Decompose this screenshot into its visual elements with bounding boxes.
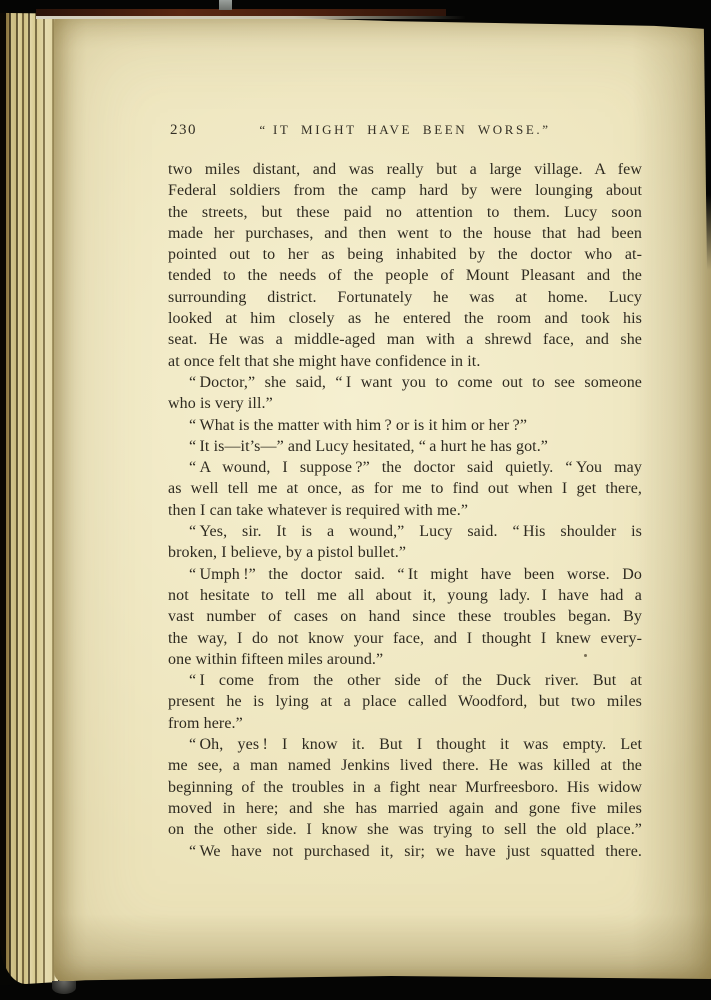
paragraph: two miles distant, and was really but a …	[168, 159, 642, 372]
text-line: “ A wound, I suppose ?” the doctor said …	[168, 457, 642, 478]
book-scan: 230 “ IT MIGHT HAVE BEEN WORSE.” two mil…	[0, 0, 711, 1000]
text-line: vast number of cases on hand since these…	[168, 606, 642, 627]
page-top-edge-highlight	[36, 16, 466, 19]
page-bottom-shadow	[52, 981, 76, 994]
text-line: surrounding district. Fortunately he was…	[168, 287, 642, 308]
paragraph: “ Umph !” the doctor said. “ It might ha…	[168, 564, 642, 670]
page-header: 230 “ IT MIGHT HAVE BEEN WORSE.”	[168, 122, 642, 142]
text-line: Federal soldiers from the camp hard by w…	[168, 180, 642, 201]
text-line: from here.”	[168, 713, 642, 734]
text-line: “ Yes, sir. It is a wound,” Lucy said. “…	[168, 521, 642, 542]
text-line: tended to the needs of the people of Mou…	[168, 265, 642, 286]
text-line: present he is lying at a place called Wo…	[168, 691, 642, 712]
paragraph: “ What is the matter with him ? or is it…	[168, 415, 642, 436]
text-line: the streets, but these paid no attention…	[168, 202, 642, 223]
page-edge-stack	[0, 6, 58, 984]
paragraph: “ It is—it’s—” and Lucy hesitated, “ a h…	[168, 436, 642, 457]
text-line: then I can take whatever is required wit…	[168, 500, 642, 521]
text-line: “ Oh, yes ! I know it. But I thought it …	[168, 734, 642, 755]
paragraph: “ A wound, I suppose ?” the doctor said …	[168, 457, 642, 521]
text-line: one within fifteen miles around.”	[168, 649, 642, 670]
paragraph: “ We have not purchased it, sir; we have…	[168, 841, 642, 862]
book-headband	[36, 9, 446, 16]
body-text: two miles distant, and was really but a …	[168, 159, 642, 862]
text-line: looked at him closely as he entered the …	[168, 308, 642, 329]
text-line: two miles distant, and was really but a …	[168, 159, 642, 180]
text-line: broken, I believe, by a pistol bullet.”	[168, 542, 642, 563]
text-line: “ Doctor,” she said, “ I want you to com…	[168, 372, 642, 393]
paragraph: “ I come from the other side of the Duck…	[168, 670, 642, 734]
paragraph: “ Yes, sir. It is a wound,” Lucy said. “…	[168, 521, 642, 564]
paragraph: “ Oh, yes ! I know it. But I thought it …	[168, 734, 642, 840]
paragraph: “ Doctor,” she said, “ I want you to com…	[168, 372, 642, 415]
running-title: “ IT MIGHT HAVE BEEN WORSE.”	[168, 122, 642, 138]
text-line: “ It is—it’s—” and Lucy hesitated, “ a h…	[168, 436, 642, 457]
text-line: not hesitate to tell me all about it, yo…	[168, 585, 642, 606]
text-line: at once felt that she might have confide…	[168, 351, 642, 372]
text-line: moved in here; and she has married again…	[168, 798, 642, 819]
text-line: me see, a man named Jenkins lived there.…	[168, 755, 642, 776]
binding-tab	[219, 0, 232, 10]
text-line: as well tell me at once, as for me to fi…	[168, 478, 642, 499]
page-number: 230	[170, 122, 197, 139]
text-line: made her purchases, and then went to the…	[168, 223, 642, 244]
text-line: beginning of the troubles in a fight nea…	[168, 777, 642, 798]
text-line: who is very ill.”	[168, 393, 642, 414]
text-line: “ What is the matter with him ? or is it…	[168, 415, 642, 436]
text-line: on the other side. I know she was trying…	[168, 819, 642, 840]
printed-content: 230 “ IT MIGHT HAVE BEEN WORSE.” two mil…	[168, 122, 642, 862]
text-line: the way, I do not know your face, and I …	[168, 628, 642, 649]
text-line: pointed out to her as being inhabited by…	[168, 244, 642, 265]
text-line: “ Umph !” the doctor said. “ It might ha…	[168, 564, 642, 585]
text-line: “ We have not purchased it, sir; we have…	[168, 841, 642, 862]
text-line: seat. He was a middle-aged man with a sh…	[168, 329, 642, 350]
text-line: “ I come from the other side of the Duck…	[168, 670, 642, 691]
